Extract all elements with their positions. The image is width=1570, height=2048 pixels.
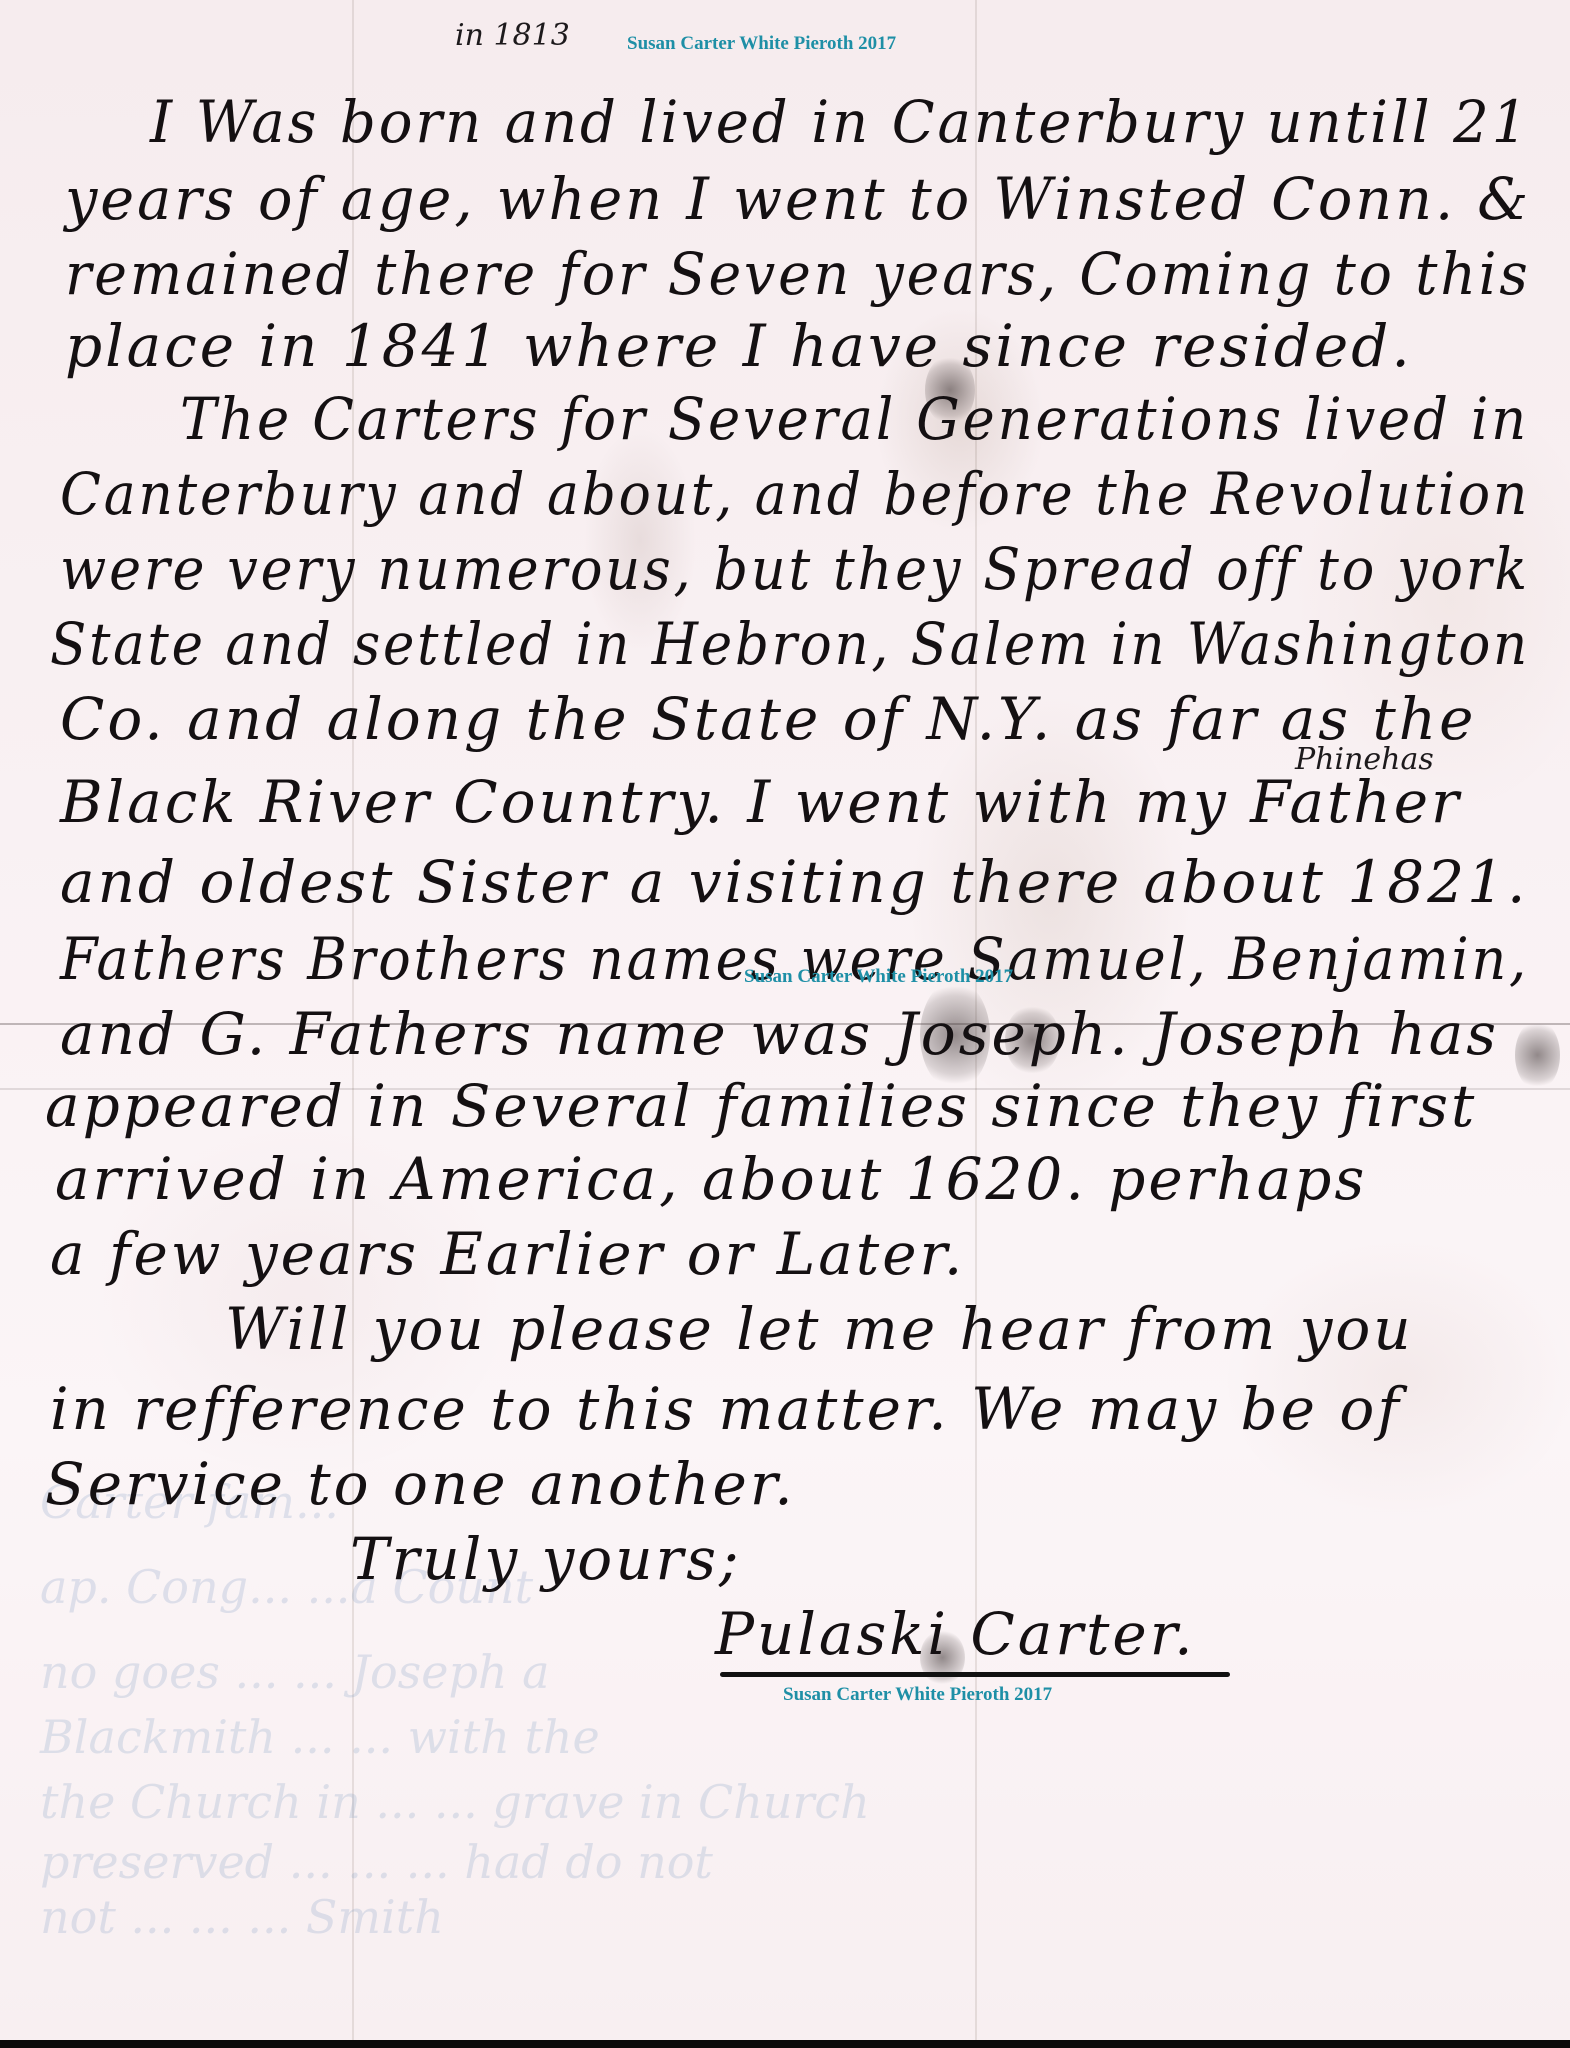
letter-line: were very numerous, but they Spread off … xyxy=(60,535,1530,603)
letter-line: remained there for Seven years, Coming t… xyxy=(65,240,1531,308)
letter-closing: Truly yours; xyxy=(350,1525,742,1593)
letter-line: Will you please let me hear from you xyxy=(225,1295,1414,1363)
letter-line: State and settled in Hebron, Salem in Wa… xyxy=(50,610,1530,678)
letter-line: a few years Earlier or Later. xyxy=(50,1220,965,1288)
ink-stain xyxy=(1515,1020,1560,1090)
letter-line: The Carters for Several Generations live… xyxy=(180,385,1529,453)
letter-line: arrived in America, about 1620. perhaps xyxy=(55,1145,1367,1213)
date-note: in 1813 xyxy=(455,18,570,53)
letter-line: in refference to this matter. We may be … xyxy=(50,1375,1402,1443)
signature-underline xyxy=(720,1672,1230,1677)
bleed-through-text: the Church in ... ... grave in Church xyxy=(40,1775,870,1829)
letter-line: Canterbury and about, and before the Rev… xyxy=(60,460,1530,528)
watermark: Susan Carter White Pieroth 2017 xyxy=(627,33,896,55)
bleed-through-text: preserved ... ... ... had do not xyxy=(40,1835,713,1889)
scan-edge xyxy=(0,2040,1570,2048)
letter-line: years of age, when I went to Winsted Con… xyxy=(65,165,1531,233)
letter-line: I Was born and lived in Canterbury until… xyxy=(150,88,1483,156)
bleed-through-text: Blackmith ... ... with the xyxy=(40,1710,600,1764)
bleed-through-text: not ... ... ... Smith xyxy=(40,1890,444,1944)
letter-line: and oldest Sister a visiting there about… xyxy=(60,848,1528,916)
letter-line: Co. and along the State of N.Y. as far a… xyxy=(60,685,1476,753)
signature: Pulaski Carter. xyxy=(715,1600,1196,1668)
letter-line: Service to one another. xyxy=(45,1450,796,1518)
letter-page: Carter fam... ap. Cong... ...a Count no … xyxy=(0,0,1570,2040)
letter-line: appeared in Several families since they … xyxy=(45,1072,1477,1140)
bleed-through-text: no goes ... ... Joseph a xyxy=(40,1645,550,1699)
letter-line: and G. Fathers name was Joseph. Joseph h… xyxy=(60,1000,1499,1068)
letter-line: place in 1841 where I have since resided… xyxy=(65,312,1413,380)
watermark: Susan Carter White Pieroth 2017 xyxy=(783,1684,1052,1706)
watermark: Susan Carter White Pieroth 2017 xyxy=(744,966,1013,988)
letter-line: Black River Country. I went with my Fath… xyxy=(60,768,1462,836)
